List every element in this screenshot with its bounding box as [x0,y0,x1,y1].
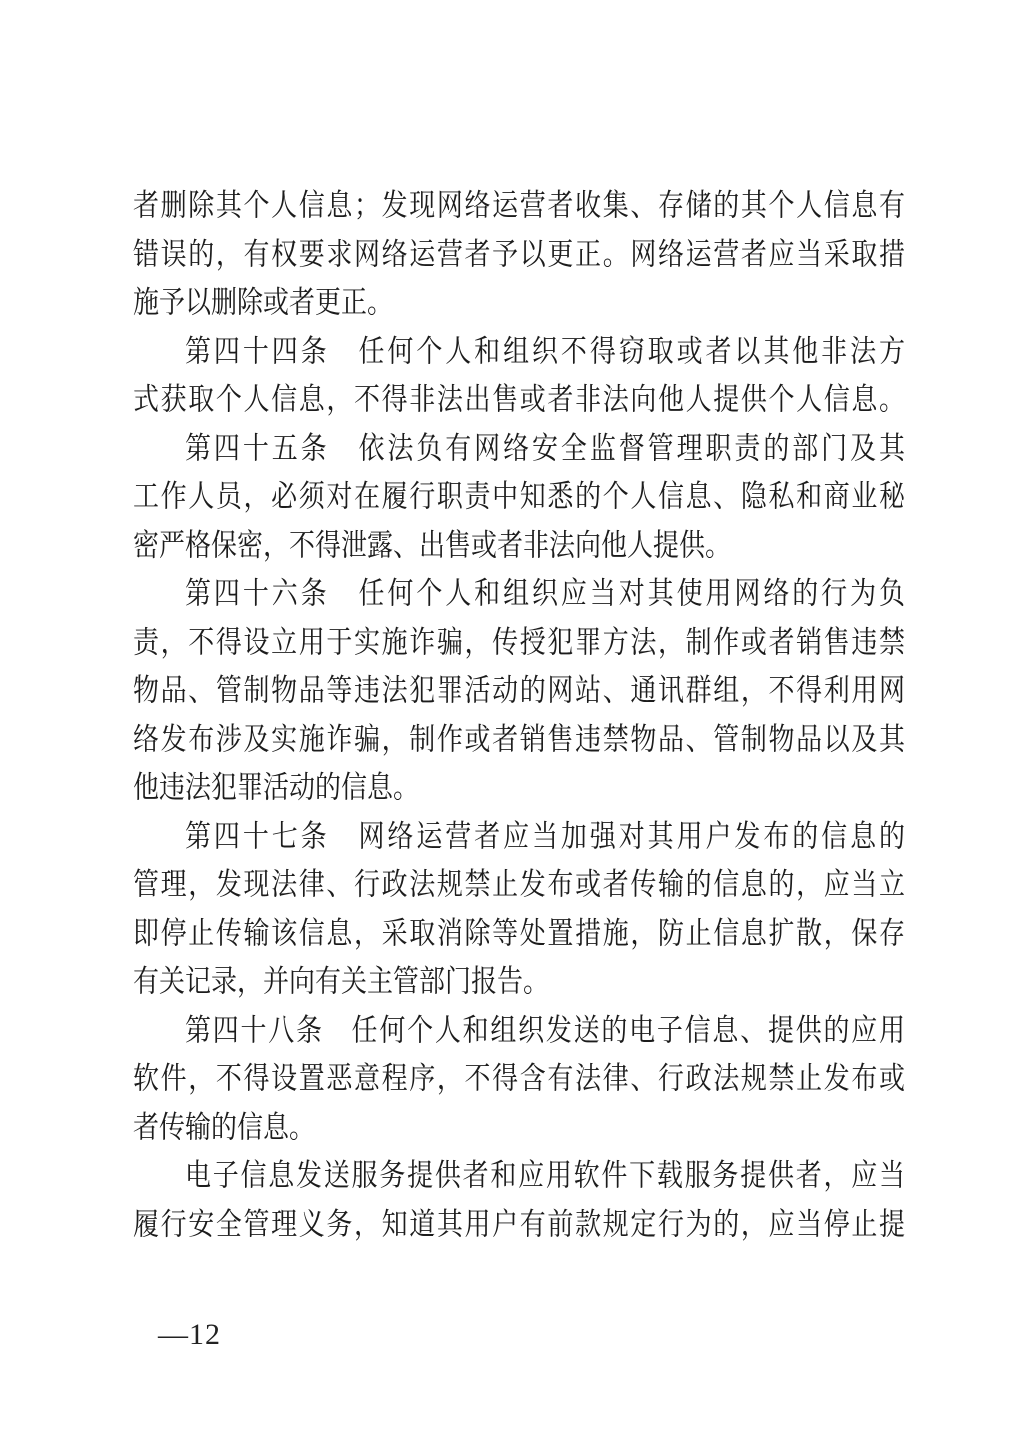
page-number: —12 [158,1318,221,1352]
document-body: 者删除其个人信息；发现网络运营者收集、存储的其个人信息有错误的，有权要求网络运营… [133,182,905,1249]
document-page: 者删除其个人信息；发现网络运营者收集、存储的其个人信息有错误的，有权要求网络运营… [0,0,1024,1450]
text-line: 履行安全管理义务，知道其用户有前款规定行为的，应当停止提 [133,1196,905,1253]
